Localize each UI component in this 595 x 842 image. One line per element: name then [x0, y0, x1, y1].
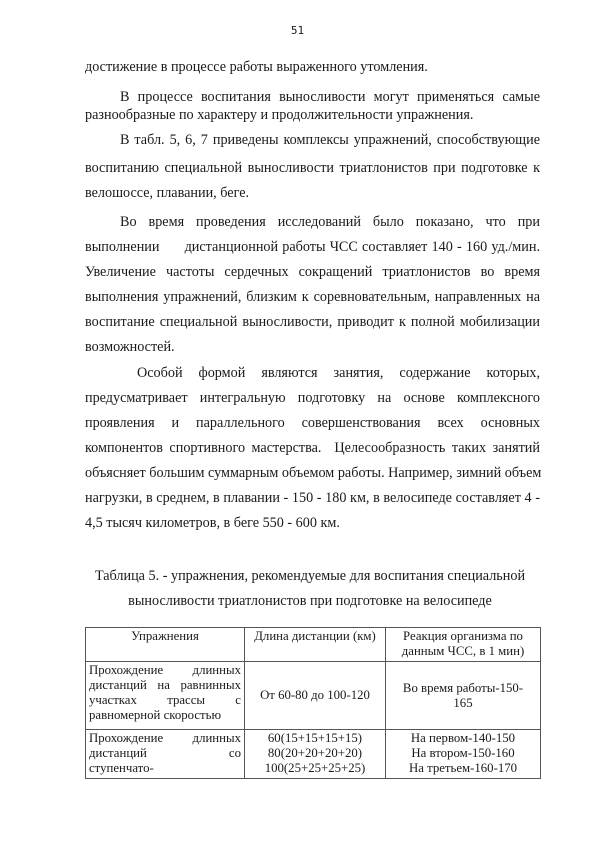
cell-reaction: На первом-140-150 На втором-150-160 На т… [386, 730, 541, 779]
table-row: Прохождение длинных дистанций на равнинн… [86, 662, 541, 730]
paragraph-line: разнообразные по характеру и продолжител… [85, 107, 540, 123]
cell-line: ступенчато- [89, 761, 241, 776]
cell-exercise: Прохождение длинных дистанций на равнинн… [86, 662, 245, 730]
page-number: 51 [0, 24, 595, 37]
paragraph-line: воспитание специальной выносливости, при… [85, 314, 540, 330]
table-caption: Таблица 5. - упражнения, рекомендуемые д… [60, 568, 560, 584]
cell-line: Во время работы-150- [389, 681, 537, 696]
paragraph-line: возможностей. [85, 339, 540, 355]
paragraph-line: предусматривает интегральную подготовку … [85, 390, 540, 406]
paragraph-line: В процессе воспитания выносливости могут… [120, 89, 540, 105]
cell-line: Прохождение длинных [89, 663, 241, 678]
paragraph-line: достижение в процессе работы выраженного… [85, 59, 540, 75]
cell-line: 100(25+25+25+25) [248, 761, 382, 776]
paragraph-line: выполнения упражнений, близким к соревно… [85, 289, 540, 305]
paragraph-line: выполнении дистанционной работы ЧСС сост… [85, 239, 540, 255]
cell-distance: 60(15+15+15+15) 80(20+20+20+20) 100(25+2… [245, 730, 386, 779]
paragraph-line: Увеличение частоты сердечных сокращений … [85, 264, 540, 280]
cell-line: 60(15+15+15+15) [248, 731, 382, 746]
exercise-table: Упражнения Длина дистанции (км) Реакция … [85, 627, 541, 779]
cell-line: От 60-80 до 100-120 [248, 688, 382, 703]
paragraph-line: проявления и параллельного совершенствов… [85, 415, 540, 431]
table-caption: выносливости триатлонистов при подготовк… [60, 593, 560, 609]
cell-reaction: Во время работы-150- 165 [386, 662, 541, 730]
paragraph-line: Особой формой являются занятия, содержан… [137, 365, 540, 381]
paragraph-line: компонентов спортивного мастерства. Целе… [85, 440, 540, 456]
paragraph-line: нагрузки, в среднем, в плавании - 150 - … [85, 490, 540, 506]
paragraph-line: велошоссе, плавании, беге. [85, 185, 540, 201]
cell-line: дистанций на равнинных [89, 678, 241, 693]
cell-line: 165 [389, 696, 537, 711]
header-reaction: Реакция организма по данным ЧСС, в 1 мин… [386, 628, 541, 662]
paragraph-line: Во время проведения исследований было по… [120, 214, 540, 230]
header-distance: Длина дистанции (км) [245, 628, 386, 662]
paragraph-line: В табл. 5, 6, 7 приведены комплексы упра… [120, 132, 540, 148]
table-header-row: Упражнения Длина дистанции (км) Реакция … [86, 628, 541, 662]
table-row: Прохождение длинных дистанций со ступенч… [86, 730, 541, 779]
cell-distance: От 60-80 до 100-120 [245, 662, 386, 730]
cell-exercise: Прохождение длинных дистанций со ступенч… [86, 730, 245, 779]
paragraph-line: объясняет большим суммарным объемом рабо… [85, 465, 540, 481]
cell-line: На третьем-160-170 [389, 761, 537, 776]
paragraph-line: 4,5 тысяч километров, в беге 550 - 600 к… [85, 515, 540, 531]
paragraph-line: воспитанию специальной выносливости триа… [85, 160, 540, 176]
cell-line: Прохождение длинных [89, 731, 241, 746]
cell-line: равномерной скоростью [89, 708, 241, 723]
cell-line: дистанций со [89, 746, 241, 761]
cell-line: 80(20+20+20+20) [248, 746, 382, 761]
cell-line: На втором-150-160 [389, 746, 537, 761]
cell-line: участках трассы с [89, 693, 241, 708]
header-exercises: Упражнения [86, 628, 245, 662]
cell-line: На первом-140-150 [389, 731, 537, 746]
